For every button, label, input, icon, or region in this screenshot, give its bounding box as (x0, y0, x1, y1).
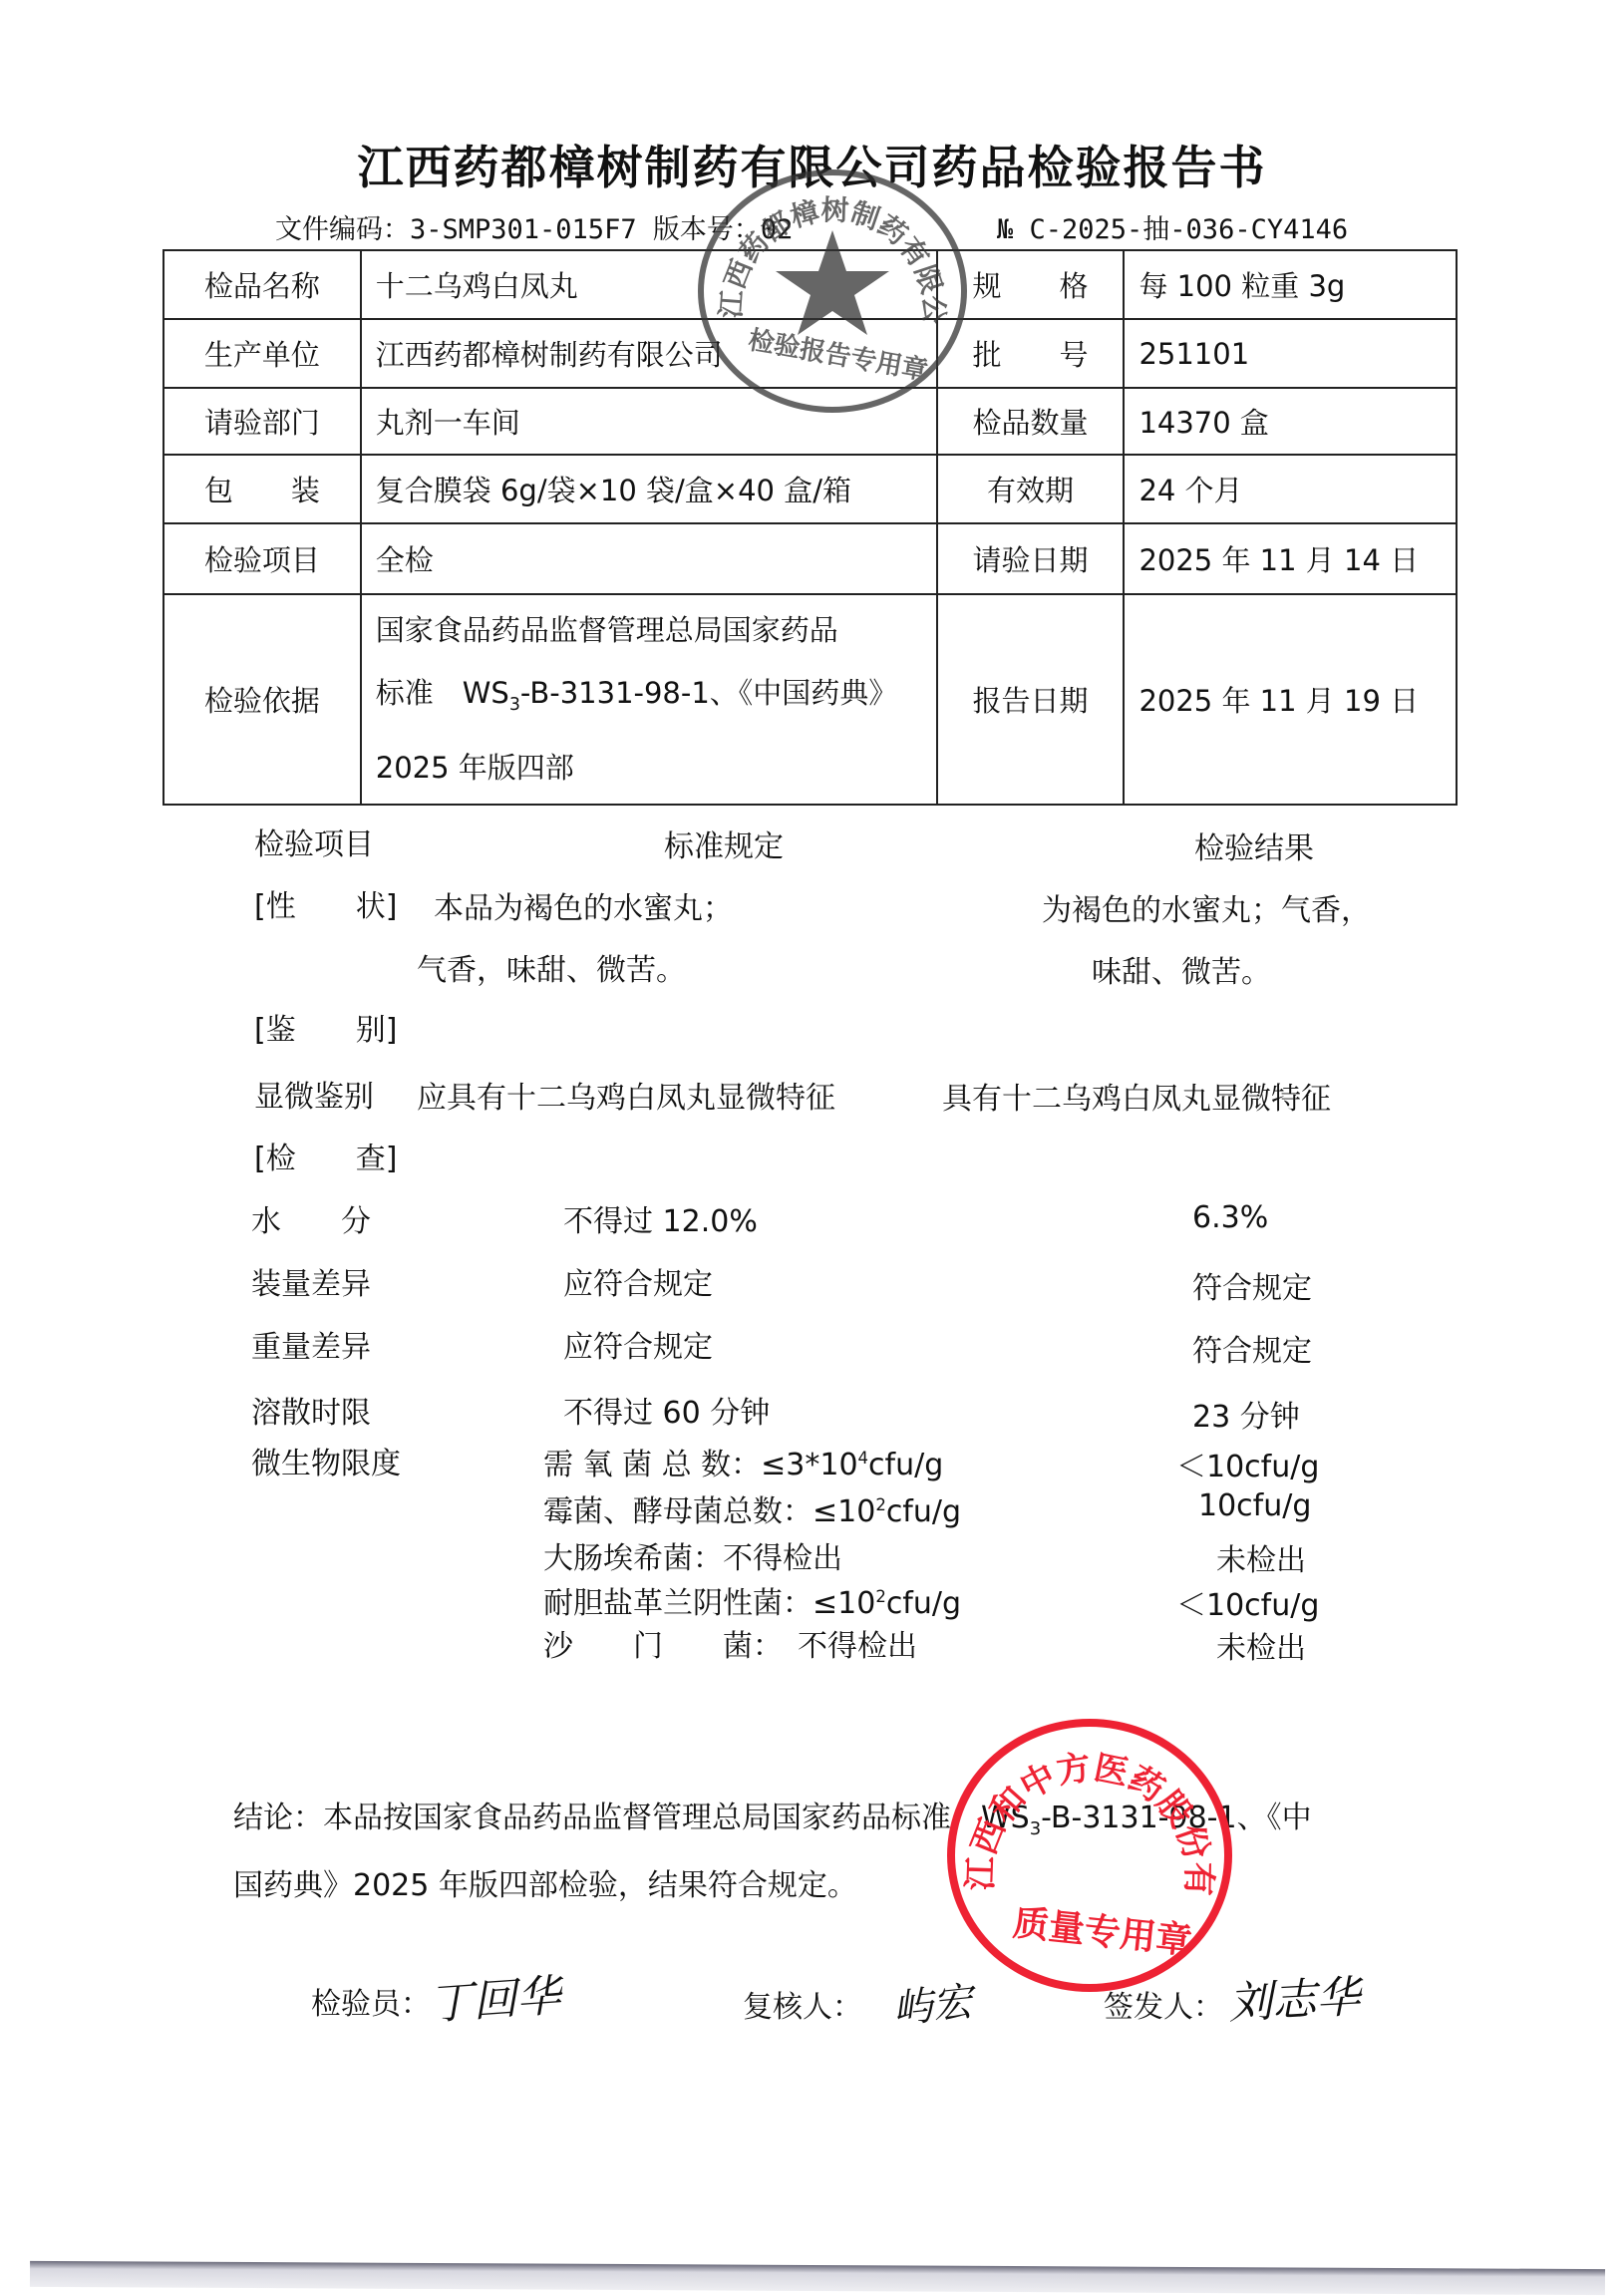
conclusion-line2: 国药典》2025 年版四部检验，结果符合规定。 (233, 1860, 857, 1904)
product-name: 十二乌鸡白凤丸 (361, 250, 937, 319)
table-row: 检验依据 国家食品药品监督管理总局国家药品 标准 WS3-B-3131-98-1… (163, 594, 1457, 805)
inspection-label: [检 查] (254, 1134, 397, 1177)
microbial-standard: 耐胆盐革兰阴性菌：≤102cfu/g (543, 1578, 961, 1622)
basis-line: 标准 WS3-B-3131-98-1、《中国药典》 (376, 662, 936, 737)
inspection-result: 符合规定 (1192, 1326, 1312, 1370)
request-date-label: 请验日期 (937, 523, 1125, 594)
expiry-label: 有效期 (937, 455, 1125, 523)
inspection-item: 水 分 (251, 1196, 371, 1240)
character-result-cont: 味甜、微苦。 (1092, 947, 1271, 991)
quantity-label: 检品数量 (937, 388, 1125, 455)
table-row: 检品名称 十二乌鸡白凤丸 规 格 每 100 粒重 3g (163, 250, 1457, 319)
request-date: 2025 年 11 月 14 日 (1124, 523, 1457, 594)
inspection-item: 重量差异 (251, 1322, 371, 1366)
scan-edge (30, 2261, 1605, 2295)
microbial-result: 未检出 (1216, 1535, 1306, 1579)
basis-line: 国家食品药品监督管理总局国家药品 (376, 599, 936, 662)
manufacturer-label: 生产单位 (163, 319, 361, 388)
conclusion-line1: 结论：本品按国家食品药品监督管理总局国家药品标准 WS3-B-3131-98-1… (233, 1793, 1312, 1839)
product-name-label: 检品名称 (163, 250, 361, 319)
microbial-result: ＜10cfu/g (1176, 1580, 1319, 1624)
basis: 国家食品药品监督管理总局国家药品 标准 WS3-B-3131-98-1、《中国药… (361, 594, 937, 805)
report-number: № C-2025-抽-036-CY4146 (997, 207, 1348, 246)
inspection-result: 6.3% (1192, 1200, 1268, 1235)
inspection-item: 溶散时限 (251, 1388, 371, 1432)
inspector-label: 检验员： (311, 1979, 431, 2023)
manufacturer: 江西药都樟树制药有限公司 (361, 319, 937, 388)
microbial-standard: 需 氧 菌 总 数：≤3*104cfu/g (543, 1440, 943, 1483)
report-date: 2025 年 11 月 19 日 (1124, 594, 1457, 805)
issuer-signature: 刘志华 (1226, 1961, 1361, 2032)
basis-line: 2025 年版四部 (376, 737, 936, 800)
microbial-label: 微生物限度 (251, 1439, 401, 1482)
character-label: [性 状] (254, 881, 397, 925)
table-row: 请验部门 丸剂一车间 检品数量 14370 盒 (163, 388, 1457, 455)
quality-stamp-ring-text: 江西和中方医药股份有限公司 (955, 1727, 1224, 1984)
inspection-standard: 应符合规定 (563, 1322, 713, 1366)
header-standard: 标准规定 (664, 821, 784, 865)
quantity: 14370 盒 (1124, 388, 1457, 455)
table-row: 生产单位 江西药都樟树制药有限公司 批 号 251101 (163, 319, 1457, 388)
micro-id-label: 显微鉴别 (254, 1072, 374, 1116)
microbial-result: 10cfu/g (1198, 1488, 1311, 1523)
inspection-standard: 应符合规定 (563, 1259, 713, 1303)
microbial-standard: 沙 门 菌： 不得检出 (543, 1621, 917, 1665)
micro-id-result: 具有十二乌鸡白凤丸显微特征 (942, 1074, 1331, 1118)
table-row: 检验项目 全检 请验日期 2025 年 11 月 14 日 (163, 523, 1457, 594)
header-item: 检验项目 (254, 820, 374, 863)
inspection-standard: 不得过 12.0% (563, 1196, 758, 1240)
quality-stamp: 江西和中方医药股份有限公司 质量专用章 (947, 1719, 1232, 1992)
inspector-signature: 丁回华 (427, 1959, 562, 2032)
test-item-label: 检验项目 (163, 523, 361, 594)
microbial-standard: 大肠埃希菌：不得检出 (543, 1533, 842, 1577)
spec: 每 100 粒重 3g (1124, 250, 1457, 319)
info-table: 检品名称 十二乌鸡白凤丸 规 格 每 100 粒重 3g 生产单位 江西药都樟树… (162, 249, 1458, 806)
inspection-result: 23 分钟 (1192, 1392, 1300, 1436)
character-result: 为褐色的水蜜丸；气香， (1042, 885, 1371, 929)
report-title: 江西药都樟树制药有限公司药品检验报告书 (0, 132, 1624, 197)
package-label: 包 装 (163, 455, 361, 523)
package: 复合膜袋 6g/袋×10 袋/盒×40 盒/箱 (361, 455, 937, 523)
expiry: 24 个月 (1124, 455, 1457, 523)
batch-label: 批 号 (937, 319, 1125, 388)
inspection-standard: 不得过 60 分钟 (563, 1388, 770, 1432)
microbial-result: ＜10cfu/g (1176, 1442, 1319, 1485)
character-standard-cont: 气香，味甜、微苦。 (417, 945, 686, 989)
quality-stamp-purpose: 质量专用章 (1011, 1895, 1194, 1965)
batch-number: 251101 (1124, 319, 1457, 388)
inspection-item: 装量差异 (251, 1259, 371, 1303)
microbial-standard: 霉菌、酵母菌总数：≤102cfu/g (543, 1486, 961, 1530)
microbial-result: 未检出 (1216, 1623, 1306, 1667)
character-standard: 本品为褐色的水蜜丸； (434, 883, 733, 927)
test-item: 全检 (361, 523, 937, 594)
spec-label: 规 格 (937, 250, 1125, 319)
table-row: 包 装 复合膜袋 6g/袋×10 袋/盒×40 盒/箱 有效期 24 个月 (163, 455, 1457, 523)
inspection-result: 符合规定 (1192, 1263, 1312, 1307)
issuer-label: 签发人： (1104, 1982, 1223, 2026)
file-code: 文件编码：3-SMP301-015F7 版本号：02 (275, 207, 793, 246)
report-date-label: 报告日期 (937, 594, 1125, 805)
identification-label: [鉴 别] (254, 1005, 397, 1049)
micro-id-standard: 应具有十二乌鸡白凤丸显微特征 (417, 1073, 835, 1117)
reviewer-signature: 屿宏 (889, 1970, 975, 2035)
header-result: 检验结果 (1194, 823, 1314, 867)
basis-label: 检验依据 (163, 594, 361, 805)
dept: 丸剂一车间 (361, 388, 937, 455)
reviewer-label: 复核人： (743, 1982, 862, 2026)
dept-label: 请验部门 (163, 388, 361, 455)
